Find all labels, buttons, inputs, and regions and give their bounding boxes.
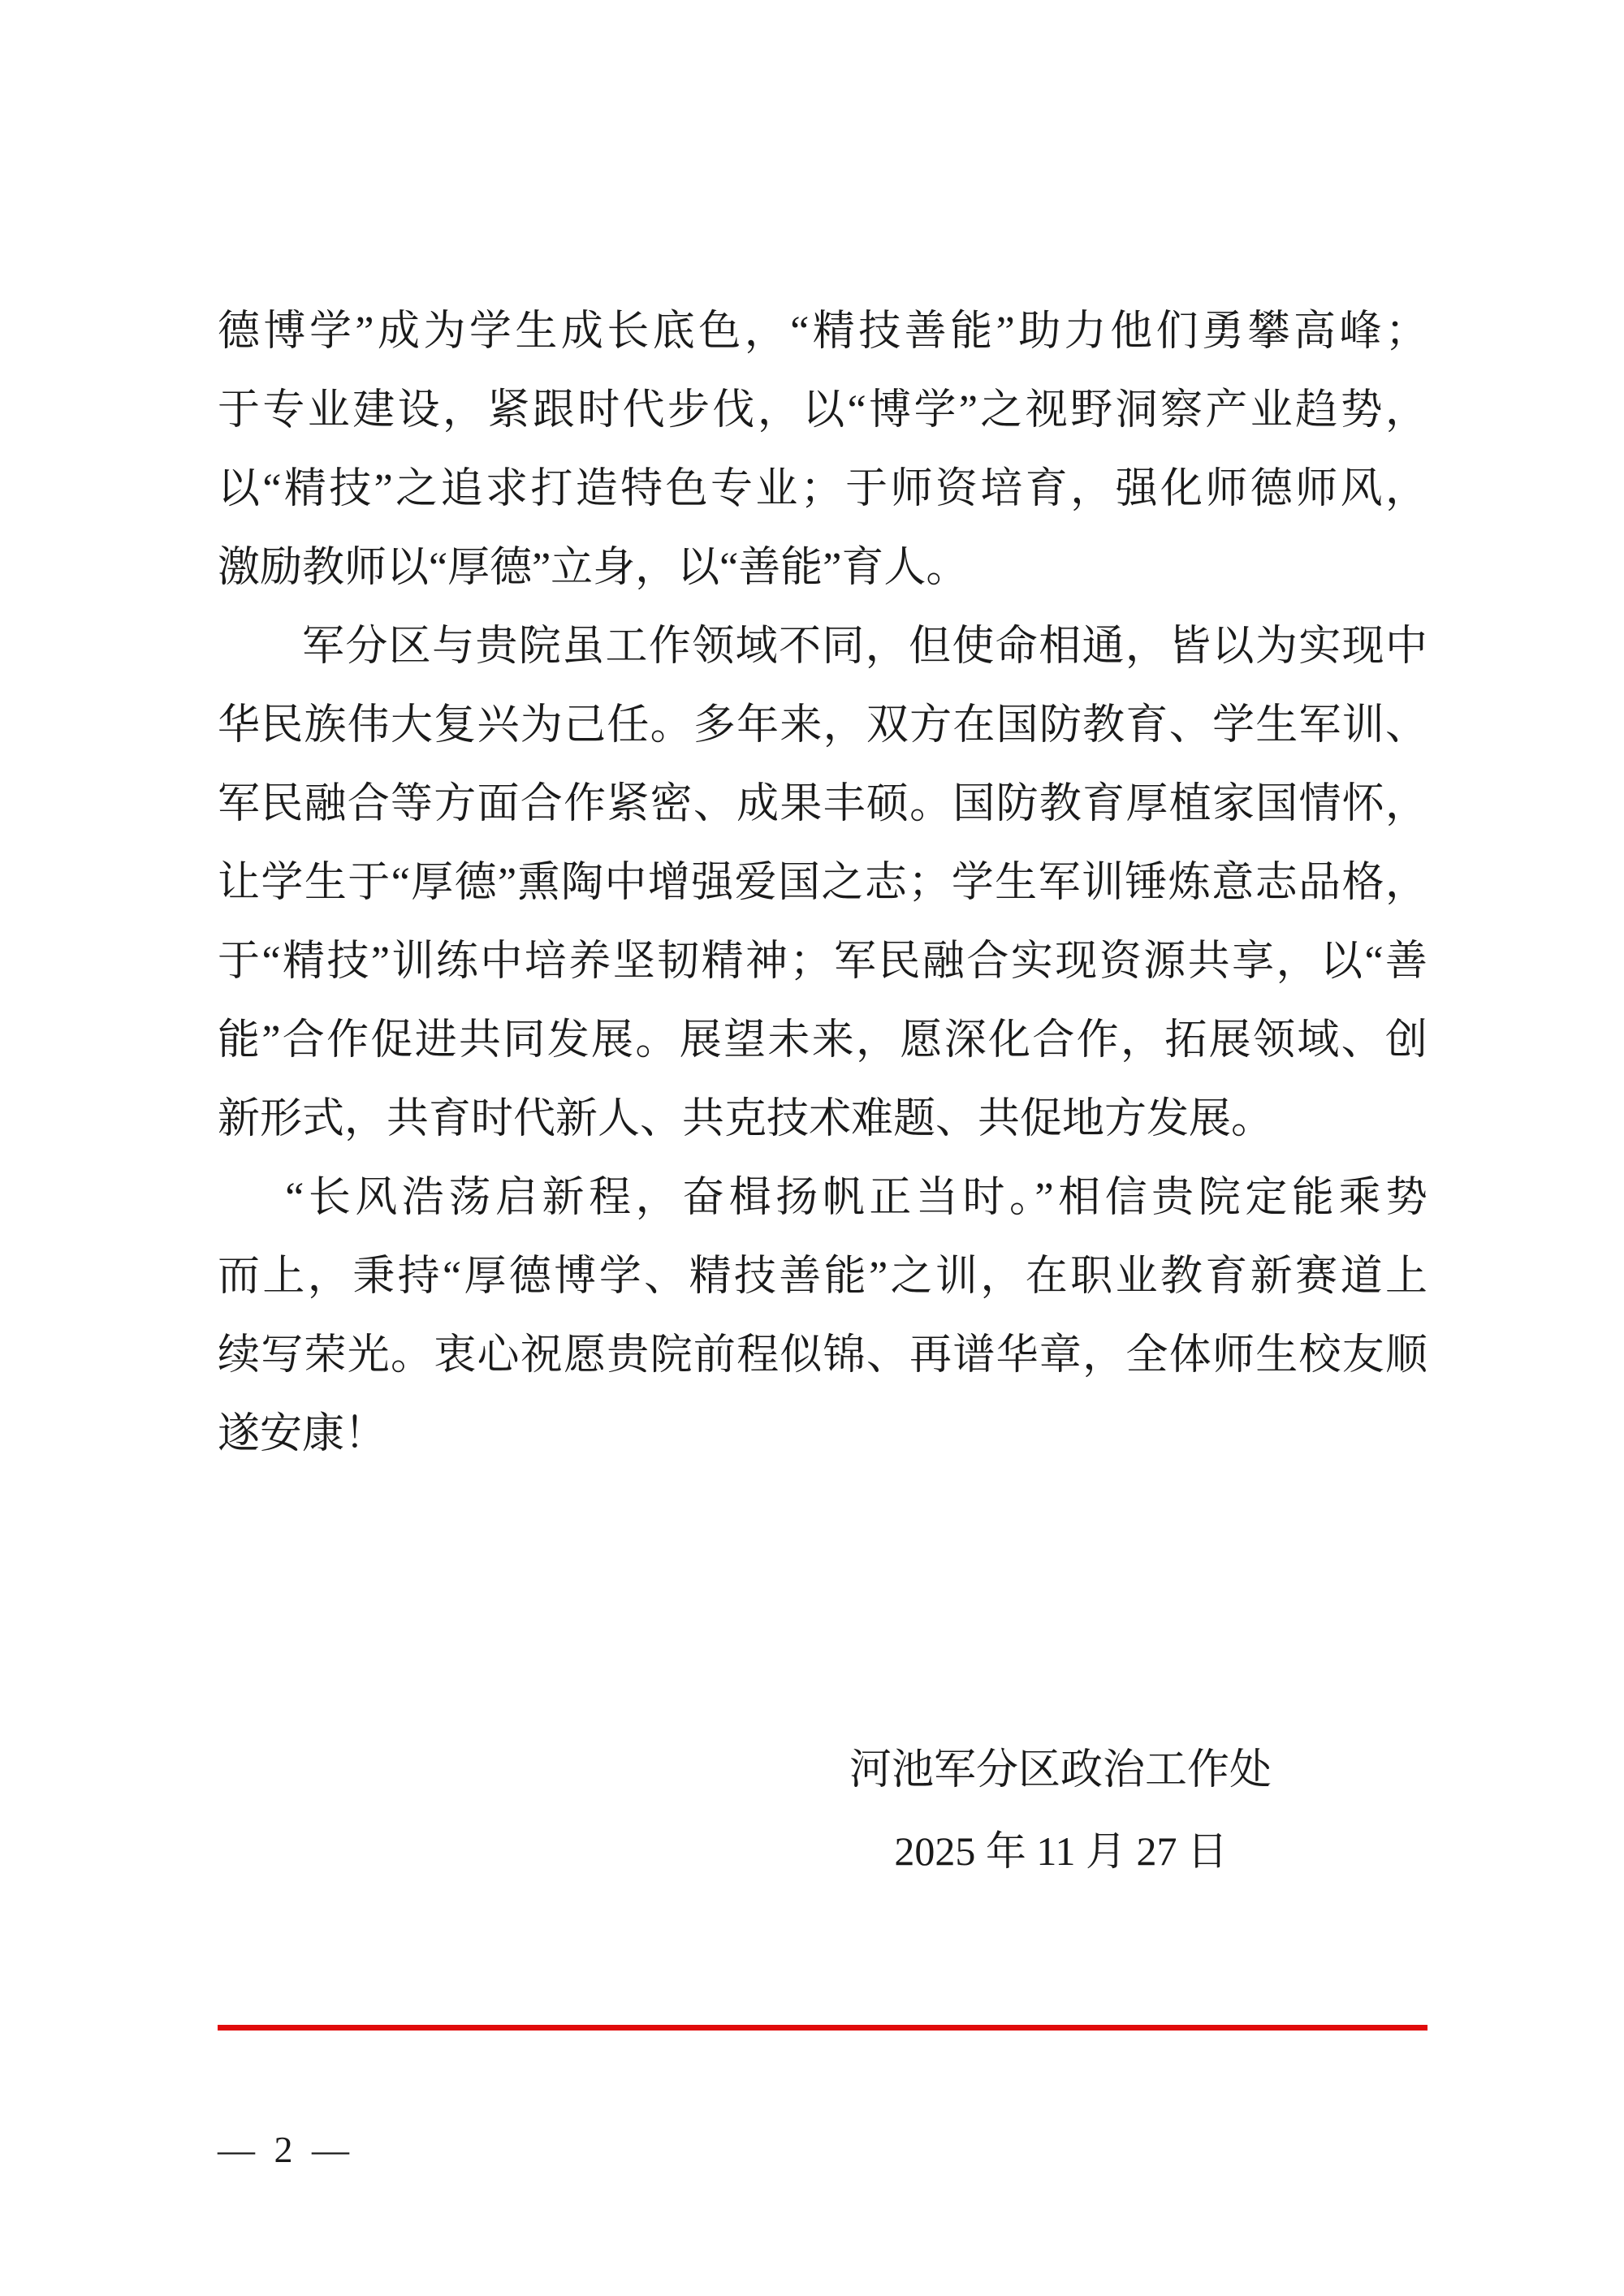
- body-line: 能”合作促进共同发展。展望未来，愿深化合作，拓展领域、创: [218, 1001, 1427, 1080]
- body-line: 激励教师以“厚德”立身，以“善能”育人。: [218, 529, 1427, 607]
- body-line: 以“精技”之追求打造特色专业；于师资培育，强化师德师风，: [218, 450, 1427, 529]
- red-separator-line: [218, 2025, 1427, 2031]
- document-page: 德博学”成为学生成长底色，“精技善能”助力他们勇攀高峰； 于专业建设，紧跟时代步…: [0, 0, 1624, 2296]
- body-line: 新形式，共育时代新人、共克技术难题、共促地方发展。: [218, 1080, 1427, 1159]
- body-line: “长风浩荡启新程，奋楫扬帆正当时。”相信贵院定能乘势: [218, 1159, 1427, 1237]
- body-line: 遂安康！: [218, 1395, 1427, 1474]
- body-line: 军民融合等方面合作紧密、成果丰硕。国防教育厚植家国情怀，: [218, 765, 1427, 844]
- body-line: 续写荣光。衷心祝愿贵院前程似锦、再谱华章，全体师生校友顺: [218, 1316, 1427, 1395]
- body-line: 华民族伟大复兴为己任。多年来，双方在国防教育、学生军训、: [218, 686, 1427, 765]
- signature-organization: 河池军分区政治工作处: [849, 1731, 1272, 1810]
- body-line: 而上，秉持“厚德博学、精技善能”之训，在职业教育新赛道上: [218, 1237, 1427, 1316]
- body-line: 于“精技”训练中培养坚韧精神；军民融合实现资源共享，以“善: [218, 922, 1427, 1001]
- body-line: 德博学”成为学生成长底色，“精技善能”助力他们勇攀高峰；: [218, 292, 1427, 371]
- letter-body: 德博学”成为学生成长底色，“精技善能”助力他们勇攀高峰； 于专业建设，紧跟时代步…: [218, 292, 1427, 1474]
- body-line: 让学生于“厚德”熏陶中增强爱国之志；学生军训锤炼意志品格，: [218, 844, 1427, 922]
- body-line: 军分区与贵院虽工作领域不同，但使命相通，皆以为实现中: [218, 607, 1427, 686]
- page-number: — 2 —: [218, 2129, 354, 2171]
- signature-date: 2025 年 11 月 27 日: [894, 1812, 1228, 1891]
- body-line: 于专业建设，紧跟时代步伐，以“博学”之视野洞察产业趋势，: [218, 371, 1427, 450]
